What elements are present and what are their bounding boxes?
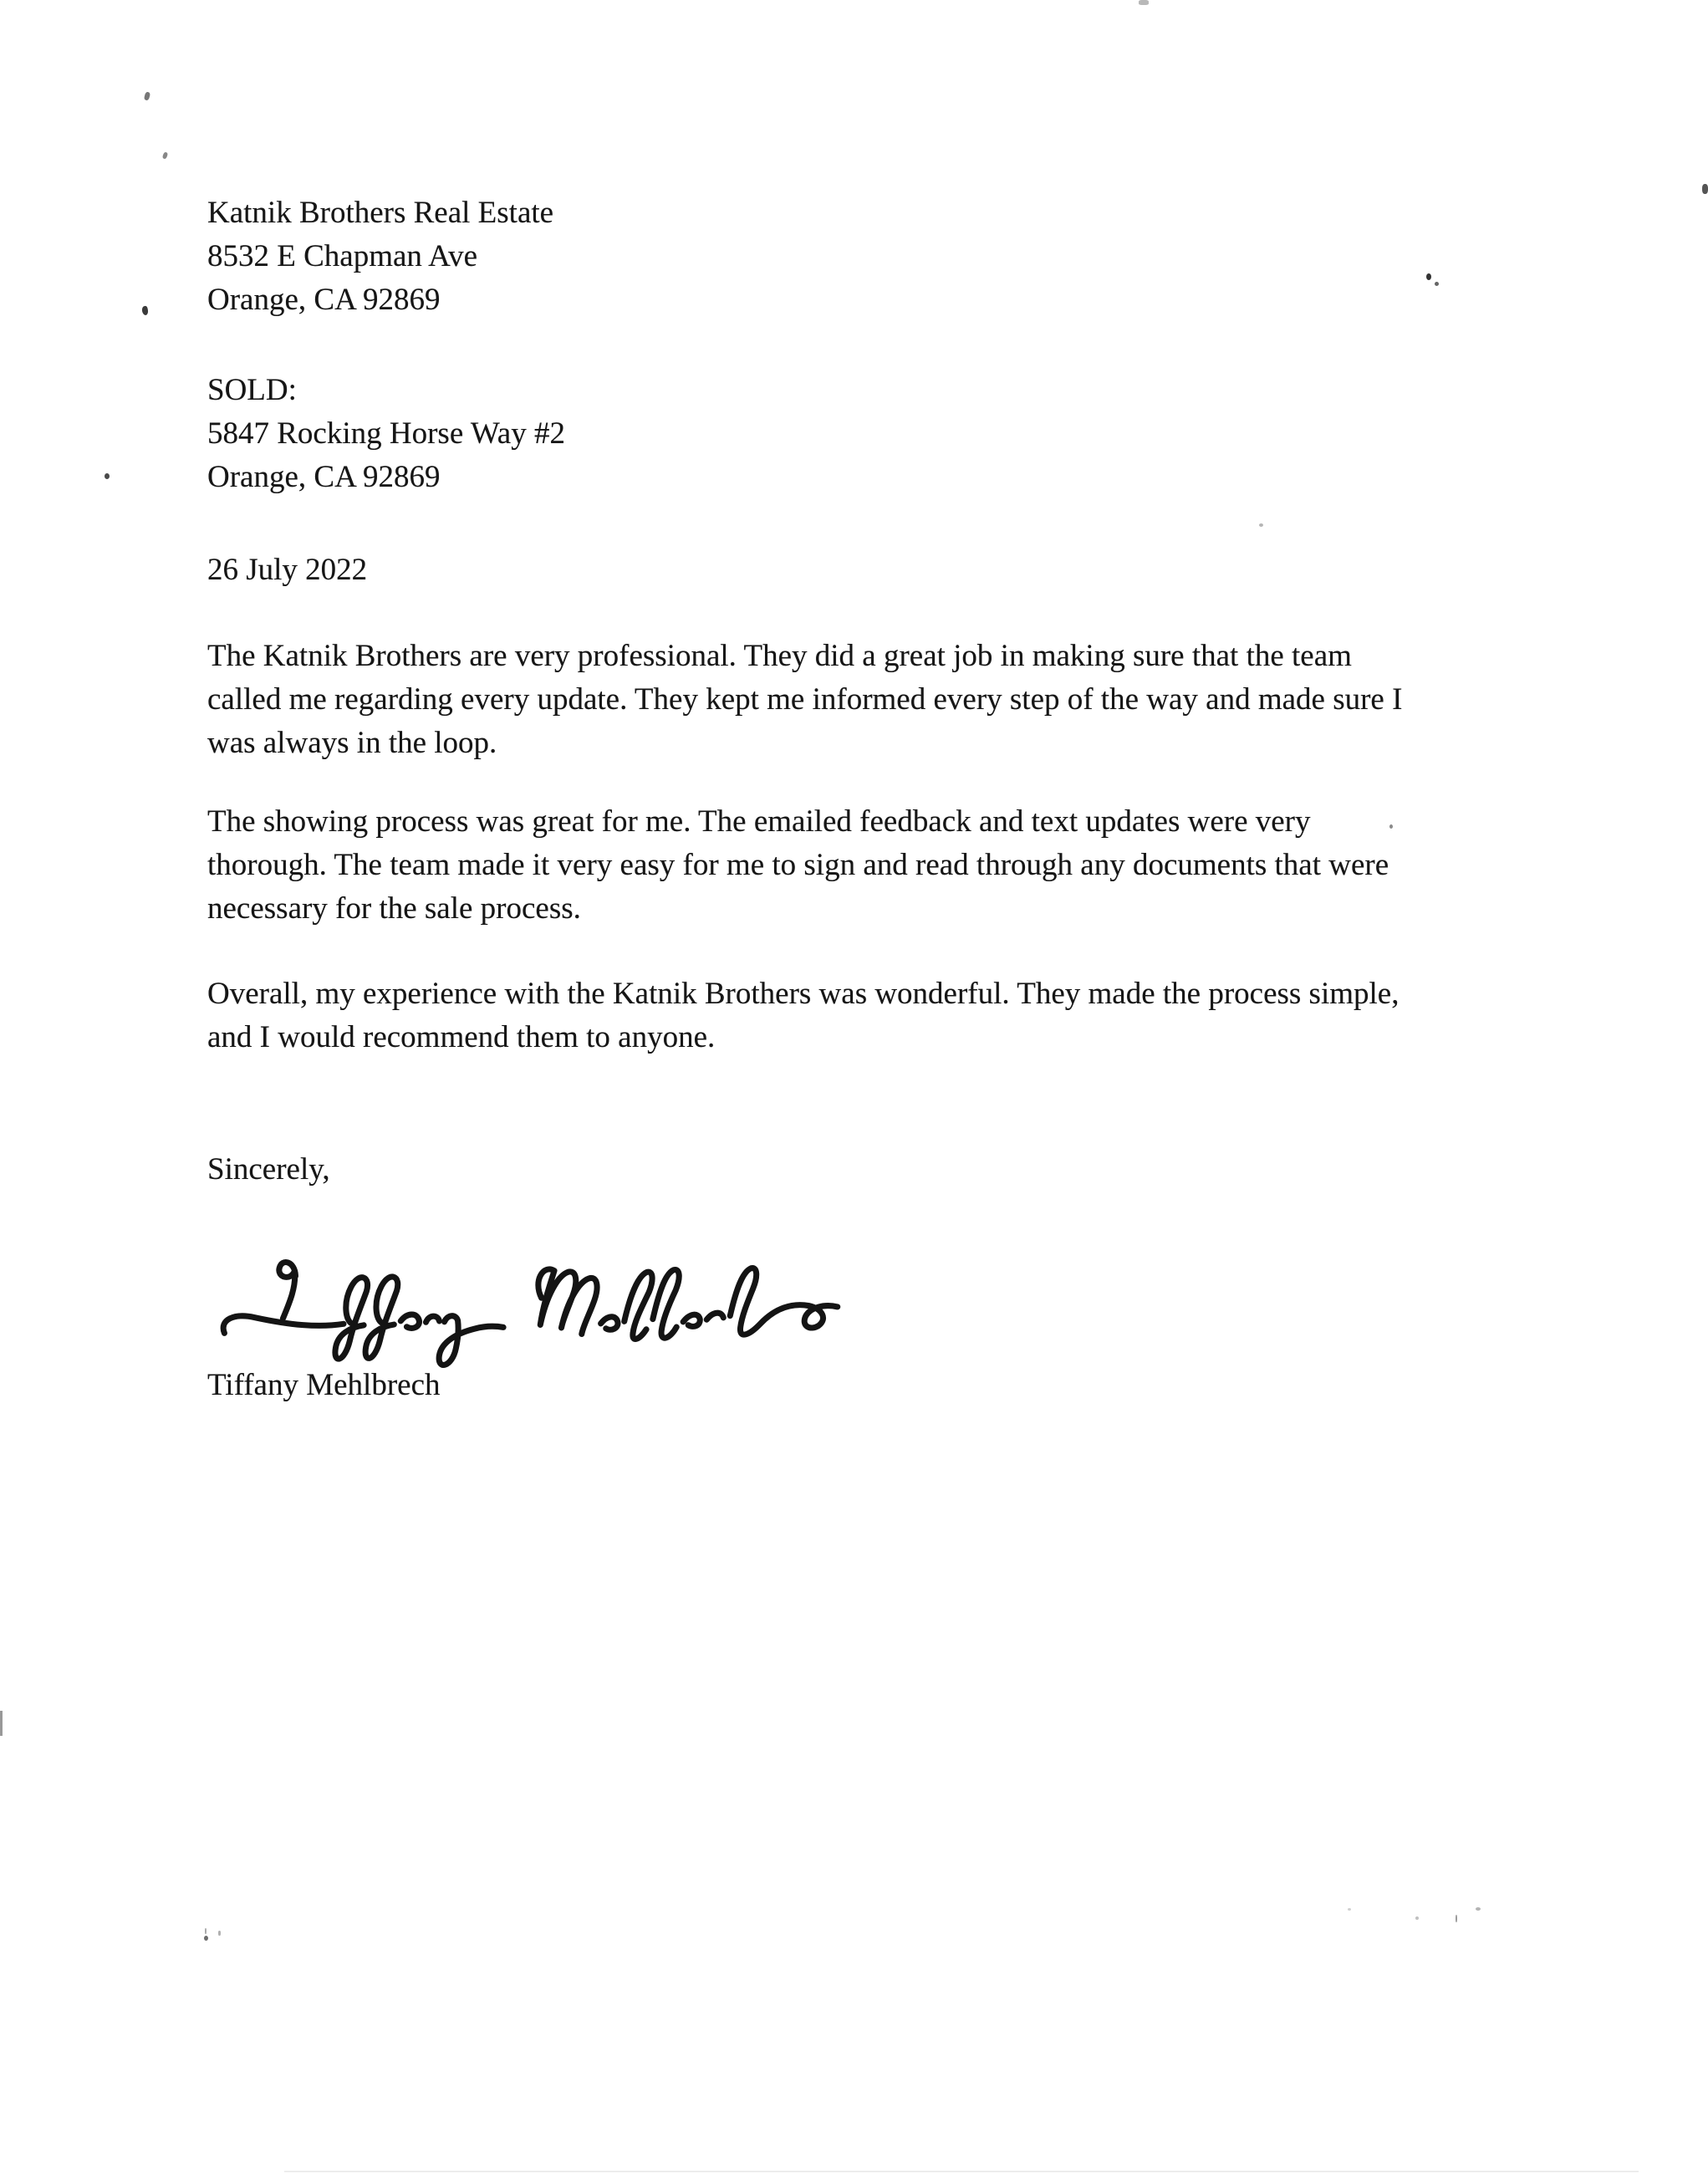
scan-speck-artifact [204,1936,208,1941]
sold-property-block: SOLD: 5847 Rocking Horse Way #2 Orange, … [207,369,565,499]
typed-signature-name: Tiffany Mehlbrech [207,1364,441,1407]
signature-stroke [652,1269,701,1339]
scan-speck-artifact [205,1928,206,1934]
sold-label: SOLD: [207,369,565,412]
sold-address-line2: Orange, CA 92869 [207,456,565,499]
paragraph-line: Overall, my experience with the Katnik B… [207,972,1399,1016]
scan-speck-artifact [1435,282,1439,286]
scan-speck-artifact [1426,273,1431,280]
scan-speck-artifact [1456,1915,1457,1922]
sender-name: Katnik Brothers Real Estate [207,191,553,235]
letter-date: 26 July 2022 [207,549,367,592]
sender-address-block: Katnik Brothers Real Estate 8532 E Chapm… [207,191,553,322]
scan-speck-artifact [1139,0,1149,5]
sender-address-line2: Orange, CA 92869 [207,278,553,322]
paragraph-line: necessary for the sale process. [207,887,1389,931]
paragraph-line: The showing process was great for me. Th… [207,800,1389,844]
paragraph-line: called me regarding every update. They k… [207,678,1402,722]
paragraph-line: was always in the loop. [207,722,1402,765]
scan-speck-artifact [141,305,149,315]
scan-speck-artifact [0,1711,3,1736]
signature-stroke [706,1266,838,1335]
scan-speck-artifact [218,1931,221,1936]
signature-stroke [538,1268,598,1335]
signature-stroke [400,1313,504,1366]
closing-salutation: Sincerely, [207,1148,330,1192]
scan-speck-artifact [1702,184,1708,194]
signature-stroke [279,1262,297,1319]
scan-speck-artifact [1348,1908,1351,1911]
scan-speck-artifact [144,91,150,100]
scan-edge-artifact [284,2171,1639,2172]
signature-stroke [599,1272,653,1340]
scan-speck-artifact [1259,523,1263,527]
paragraph-2: The showing process was great for me. Th… [207,800,1389,931]
paragraph-line: and I would recommend them to anyone. [207,1016,1399,1059]
sold-address-line1: 5847 Rocking Horse Way #2 [207,412,565,456]
paragraph-1: The Katnik Brothers are very professiona… [207,635,1402,765]
paragraph-3: Overall, my experience with the Katnik B… [207,972,1399,1059]
letter-page: Katnik Brothers Real Estate 8532 E Chapm… [0,0,1708,2174]
scan-speck-artifact [162,151,168,159]
scan-speck-artifact [105,473,110,479]
paragraph-line: thorough. The team made it very easy for… [207,844,1389,887]
sender-address-line1: 8532 E Chapman Ave [207,235,553,278]
scan-speck-artifact [1476,1907,1481,1911]
paragraph-line: The Katnik Brothers are very professiona… [207,635,1402,678]
scan-speck-artifact [1415,1916,1419,1920]
scan-speck-artifact [1389,824,1393,829]
